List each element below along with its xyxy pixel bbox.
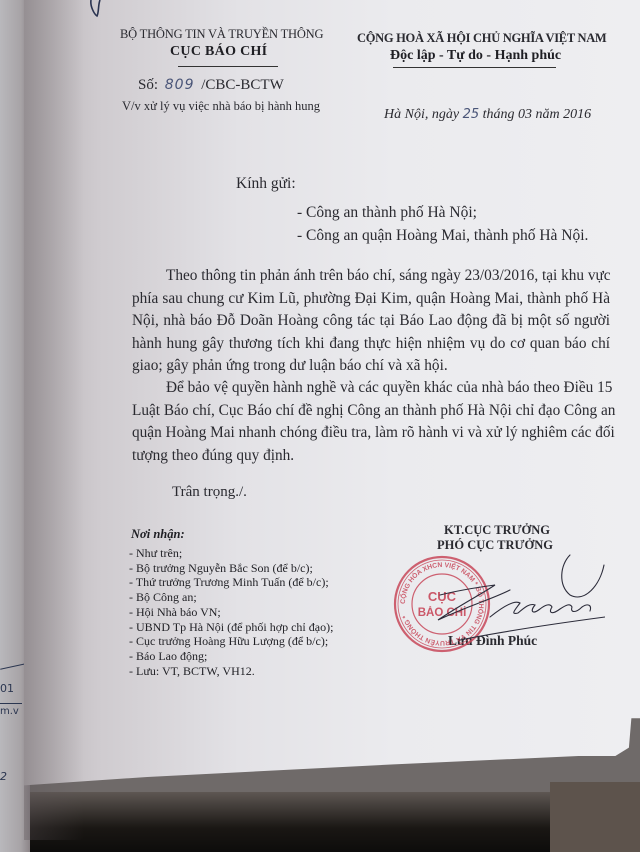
recipients-label: Nơi nhận: [131, 527, 185, 542]
doc-number-prefix: Số: [138, 77, 158, 93]
ministry-name: BỘ THÔNG TIN VÀ TRUYỀN THÔNG [120, 27, 323, 42]
recipient-item: - Cục trưởng Hoàng Hữu Lượng (để b/c); [129, 634, 333, 649]
paragraph-line: Luật Báo chí, Cục Báo chí đề nghị Công a… [132, 400, 610, 423]
addressee-label: Kính gửi: [236, 175, 296, 193]
document-content: BỘ THÔNG TIN VÀ TRUYỀN THÔNG CỤC BÁO CHÍ… [0, 0, 640, 852]
document-number: Số: 809 /CBC-BCTW [138, 77, 284, 94]
national-motto: Độc lập - Tự do - Hạnh phúc [390, 48, 561, 64]
recipient-item: - Báo Lao động; [129, 649, 333, 664]
date-suffix: tháng 03 năm 2016 [483, 107, 592, 122]
recipient-item: - Bộ trưởng Nguyễn Bắc Son (để b/c); [129, 561, 333, 576]
body-paragraph-2: Để bảo vệ quyền hành nghề và các quyền k… [132, 377, 610, 467]
recipients-list: - Như trên; - Bộ trưởng Nguyễn Bắc Son (… [129, 546, 333, 678]
document-subject: V/v xử lý vụ việc nhà báo bị hành hung [122, 99, 320, 114]
nation-name: CỘNG HOÀ XÃ HỘI CHỦ NGHĨA VIỆT NAM [357, 31, 606, 46]
date-prefix: Hà Nội, ngày [384, 107, 459, 122]
doc-number-handwritten: 809 [165, 77, 195, 93]
handwritten-signature-icon [420, 545, 605, 655]
header-divider [178, 66, 278, 67]
paragraph-line: Nội, nhà báo Đỗ Doãn Hoàng công tác tại … [132, 310, 610, 333]
paragraph-line: tượng theo đúng quy định. [132, 445, 610, 468]
body-paragraph-1: Theo thông tin phản ánh trên báo chí, sá… [132, 265, 610, 378]
closing-salutation: Trân trọng./. [172, 484, 247, 501]
paragraph-line: Theo thông tin phản ánh trên báo chí, sá… [132, 265, 610, 288]
motto-divider [393, 67, 556, 68]
paragraph-line: quận Hoàng Mai nhanh chóng điều tra, làm… [132, 422, 610, 445]
recipient-item: - UBND Tp Hà Nội (để phối hợp chỉ đạo); [129, 620, 333, 635]
doc-number-suffix: /CBC-BCTW [201, 77, 284, 93]
recipient-item: - Lưu: VT, BCTW, VH12. [129, 664, 333, 679]
recipient-item: - Thứ trưởng Trương Minh Tuấn (để b/c); [129, 575, 333, 590]
pen-mark-icon [85, 0, 105, 18]
recipient-item: - Bộ Công an; [129, 590, 333, 605]
recipient-item: - Như trên; [129, 546, 333, 561]
paragraph-line: hành hung gây thương tích khi đang thực … [132, 333, 610, 356]
addressee-item: - Công an thành phố Hà Nội; [297, 204, 477, 222]
paragraph-line: Để bảo vệ quyền hành nghề và các quyền k… [132, 377, 610, 400]
addressee-item: - Công an quận Hoàng Mai, thành phố Hà N… [297, 227, 588, 245]
paragraph-line: phía sau chung cư Kim Lũ, phường Đại Kim… [132, 288, 610, 311]
date-day-handwritten: 25 [463, 107, 480, 122]
recipient-item: - Hội Nhà báo VN; [129, 605, 333, 620]
dateline: Hà Nội, ngày 25 tháng 03 năm 2016 [384, 107, 591, 123]
agency-name: CỤC BÁO CHÍ [170, 44, 267, 60]
paragraph-line: giao; gây phản ứng trong dư luận báo chí… [132, 355, 610, 378]
signature-title: KT.CỤC TRƯỞNG [444, 523, 550, 538]
